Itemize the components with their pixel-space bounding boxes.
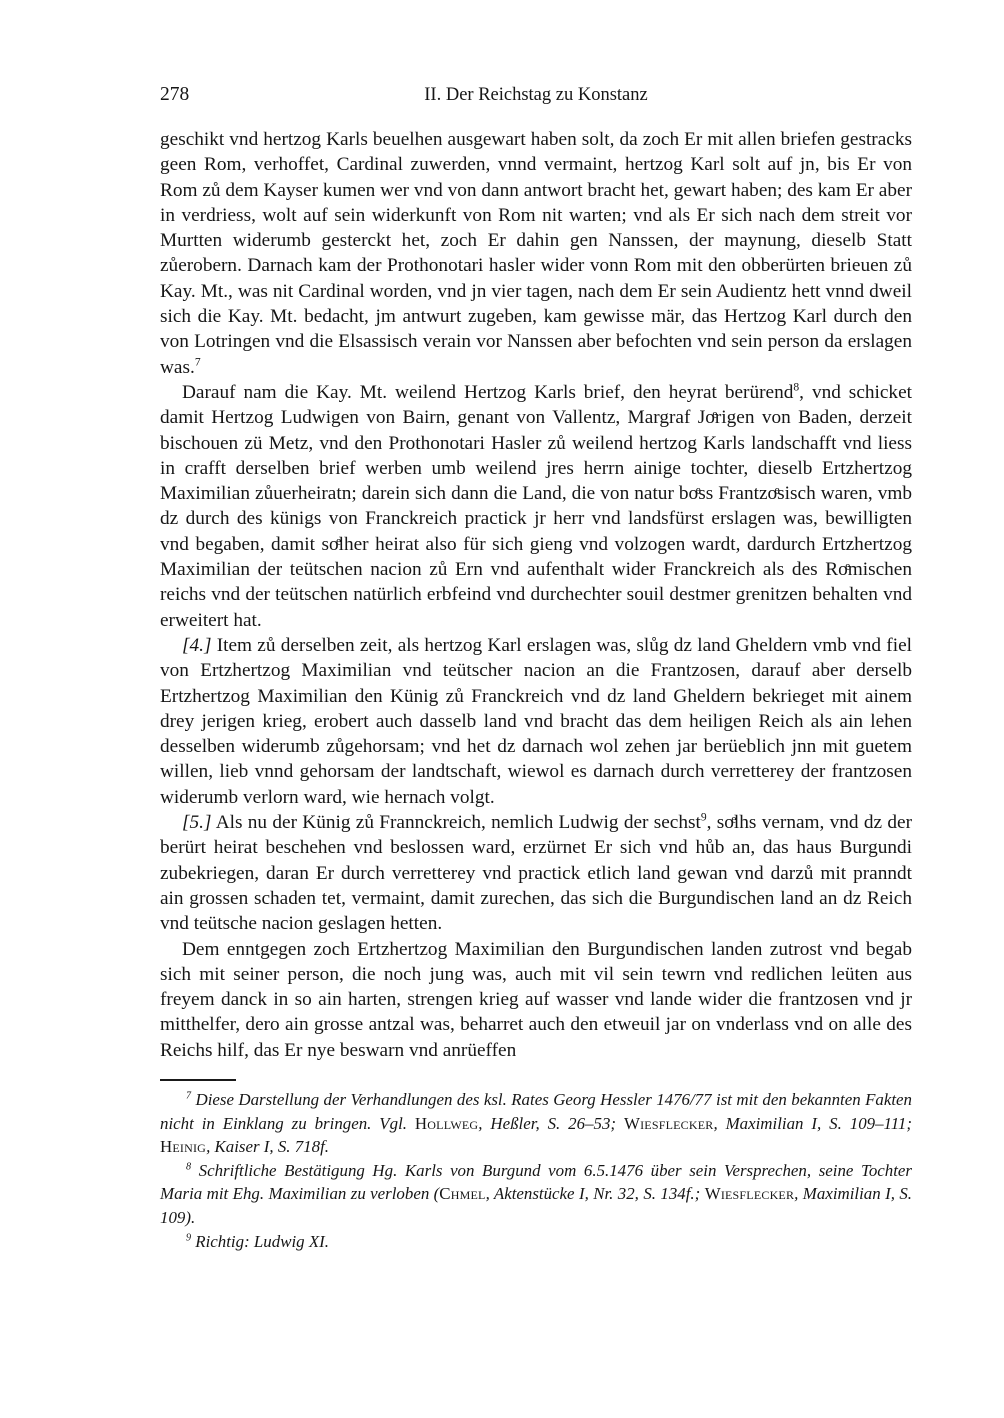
footnote-ref: 9 <box>701 811 707 824</box>
author-smallcaps: Heinig <box>160 1137 206 1156</box>
footnote-ref: 7 <box>195 355 201 368</box>
footnotes: 7 Diese Darstellung der Verhandlungen de… <box>160 1088 912 1253</box>
author-smallcaps: Hollweg <box>415 1114 478 1133</box>
footnote-1: 7 Diese Darstellung der Verhandlungen de… <box>160 1088 912 1159</box>
footnote-ref: 7 <box>186 1090 191 1101</box>
page-number: 278 <box>160 84 189 106</box>
section-marker: [5.] <box>182 812 211 833</box>
author-smallcaps: Chmel <box>439 1184 485 1203</box>
footnote-separator <box>160 1079 236 1081</box>
footnote-2: 8 Schriftliche Bestätigung Hg. Karls von… <box>160 1159 912 1230</box>
book-page: { "page": { "number": "278", "running_ti… <box>0 0 1004 1418</box>
footnote-ref: 8 <box>793 381 799 394</box>
running-title: II. Der Reichstag zu Konstanz <box>160 84 912 106</box>
paragraph-5: Dem enntgegen zoch Ertzhertzog Maximilia… <box>160 937 912 1063</box>
footnote-ref: 9 <box>186 1232 191 1243</box>
paragraph-4: [5.] Als nu der Künig zů Frannckreich, n… <box>160 810 912 936</box>
page-content: 278 II. Der Reichstag zu Konstanz geschi… <box>160 84 912 1253</box>
paragraph-1: geschikt vnd hertzog Karls beuelhen ausg… <box>160 127 912 380</box>
section-marker: [4.] <box>182 635 211 656</box>
author-smallcaps: Wiesflecker <box>705 1184 794 1203</box>
page-header: 278 II. Der Reichstag zu Konstanz <box>160 84 912 106</box>
body-text: geschikt vnd hertzog Karls beuelhen ausg… <box>160 127 912 1063</box>
footnote-ref: 8 <box>186 1161 191 1172</box>
author-smallcaps: Wiesflecker <box>624 1114 713 1133</box>
paragraph-2: Darauf nam die Kay. Mt. weilend Hertzog … <box>160 380 912 633</box>
paragraph-3: [4.] Item zů derselben zeit, als hertzog… <box>160 633 912 810</box>
footnote-3: 9 Richtig: Ludwig XI. <box>160 1230 912 1254</box>
